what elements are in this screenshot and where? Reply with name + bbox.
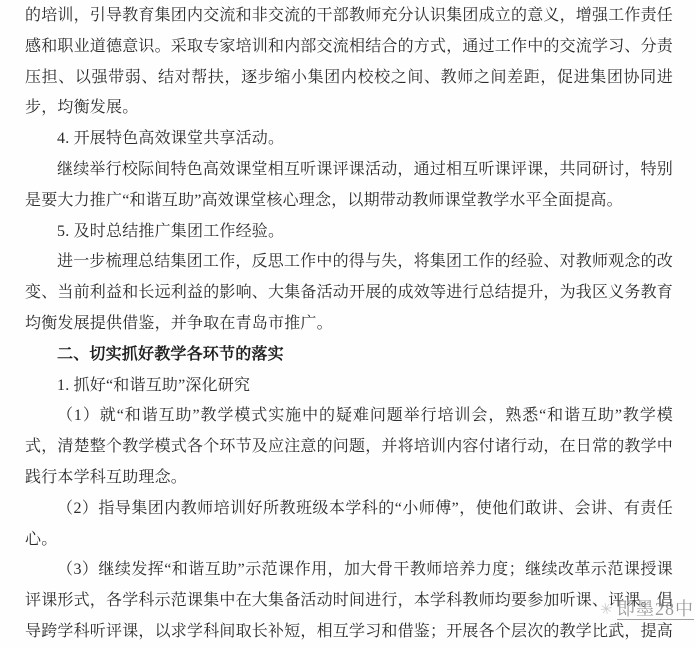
document-body: 的培训，引导教育集团内交流和非交流的干部教师充分认识集团成立的意义，增强工作责任… <box>0 0 696 648</box>
paragraph: （2）指导集团内教师培训好所教班级本学科的“小师傅”，使他们敢讲、会讲、有责任心… <box>25 494 673 556</box>
paragraph: 继续举行校际间特色高效课堂相互听课评课活动，通过相互听课评课，共同研讨，特别是要… <box>25 155 673 217</box>
paragraph: 4. 开展特色高效课堂共享活动。 <box>25 124 673 155</box>
paragraph: （1）就“和谐互助”教学模式实施中的疑难问题举行培训会，熟悉“和谐互助”教学模式… <box>25 401 673 493</box>
paragraph: 1. 抓好“和谐互助”深化研究 <box>25 371 673 402</box>
section-heading: 二、切实抓好教学各环节的落实 <box>25 340 673 371</box>
paragraph: 的培训，引导教育集团内交流和非交流的干部教师充分认识集团成立的意义，增强工作责任… <box>25 1 673 124</box>
paragraph: 进一步梳理总结集团工作，反思工作中的得与失，将集团工作的经验、对教师观念的改变、… <box>25 247 673 339</box>
document-page: 的培训，引导教育集团内交流和非交流的干部教师充分认识集团成立的意义，增强工作责任… <box>0 0 696 648</box>
paragraph: 5. 及时总结推广集团工作经验。 <box>25 217 673 248</box>
paragraph: （3）继续发挥“和谐互助”示范课作用，加大骨干教师培养力度；继续改革示范课授课评… <box>25 555 673 647</box>
